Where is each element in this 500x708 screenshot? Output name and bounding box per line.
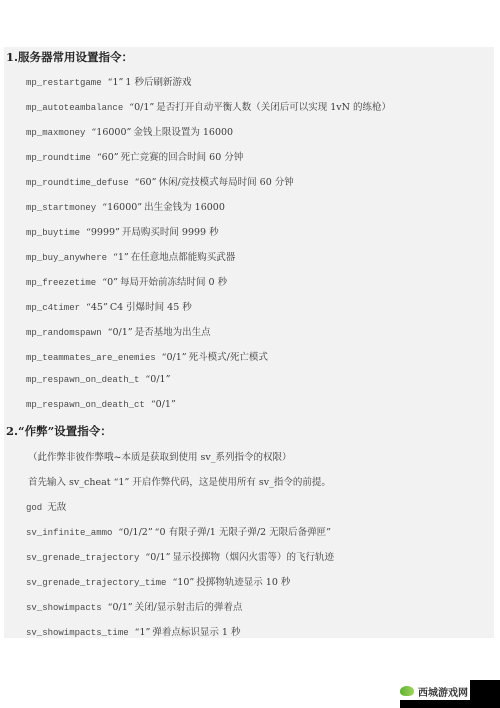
command-line: sv_grenade_trajectory_time“10”投掷物轨迹显示 10…	[26, 574, 290, 588]
command-line: mp_c4timer“45”C4 引爆时间 45 秒	[26, 299, 192, 313]
command-description: 弹着点标识显示 1 秒	[152, 627, 240, 638]
command-value: “45”	[86, 302, 108, 313]
command-description: 关闭/显示射击后的弹着点	[135, 602, 243, 613]
command-value: “9999”	[86, 227, 120, 238]
command-description: 金钱上限设置为 16000	[133, 127, 233, 138]
command-value: “0/1”	[129, 102, 154, 113]
command-value: “16000”	[102, 202, 142, 213]
document-body: 1.服务器常用设置指令： mp_restartgame“1”1 秒后刷新游戏 m…	[4, 47, 494, 638]
note-text: （此作弊非彼作弊哦~本质是获取到使用 sv_系列指令的权限）	[28, 452, 291, 463]
command-value: “0/1”	[151, 399, 176, 410]
note-line: （此作弊非彼作弊哦~本质是获取到使用 sv_系列指令的权限）	[26, 449, 291, 463]
command-line: mp_buytime“9999”开局购买时间 9999 秒	[26, 224, 219, 238]
watermark-logo: 西城游戏网	[400, 682, 470, 700]
command-line: god无敌	[26, 499, 66, 513]
command-line: mp_buy_anywhere“1”在任意地点都能购买武器	[26, 249, 235, 263]
note-text: 首先输入 sv_cheat “1” 开启作弊代码，这是使用所有 sv_指令的前提…	[28, 477, 331, 488]
command-name: mp_respawn_on_death_t	[26, 375, 139, 385]
command-name: mp_startmoney	[26, 203, 96, 213]
command-description: 1 秒后刷新游戏	[125, 77, 191, 88]
watermark-text: 西城游戏网	[418, 684, 468, 699]
command-description: 死亡竞赛的回合时间 60 分钟	[121, 152, 244, 163]
command-description: 死斗模式/死亡模式	[189, 352, 268, 363]
command-value: “60”	[97, 152, 119, 163]
command-value: “1”	[108, 77, 124, 88]
command-line: mp_teammates_are_enemies“0/1”死斗模式/死亡模式	[26, 349, 268, 363]
command-name: mp_buytime	[26, 228, 80, 238]
watermark-background	[470, 680, 500, 708]
command-value: “0/1”	[162, 352, 187, 363]
leaf-logo-icon	[400, 686, 414, 696]
command-description: 显示投掷物（烟闪火雷等）的飞行轨迹	[172, 552, 334, 563]
command-value: “0”	[102, 277, 118, 288]
watermark-underbar	[400, 700, 470, 708]
command-value: “16000”	[91, 127, 131, 138]
command-name: mp_roundtime_defuse	[26, 178, 129, 188]
command-name: mp_freezetime	[26, 278, 96, 288]
command-line: mp_respawn_on_death_ct“0/1”	[26, 399, 178, 410]
command-line: mp_restartgame“1”1 秒后刷新游戏	[26, 74, 191, 88]
command-name: mp_buy_anywhere	[26, 253, 107, 263]
command-line: mp_maxmoney“16000”金钱上限设置为 16000	[26, 124, 233, 138]
command-value: “0/1”	[145, 552, 170, 563]
command-name: mp_maxmoney	[26, 128, 85, 138]
command-value: “10”	[172, 577, 194, 588]
command-description: “0 有限子弹/1 无限子弹/2 无限后备弹匣”	[155, 527, 331, 538]
command-value: “0/1/2”	[118, 527, 152, 538]
command-line: sv_infinite_ammo“0/1/2”“0 有限子弹/1 无限子弹/2 …	[26, 524, 331, 538]
command-description: 是否基地为出生点	[135, 327, 211, 338]
command-name: mp_respawn_on_death_ct	[26, 400, 145, 410]
command-line: sv_grenade_trajectory“0/1”显示投掷物（烟闪火雷等）的飞…	[26, 549, 334, 563]
command-line: mp_autoteambalance“0/1”是否打开自动平衡人数（关闭后可以实…	[26, 99, 391, 113]
command-description: C4 引爆时间 45 秒	[110, 302, 192, 313]
command-name: sv_showimpacts_time	[26, 628, 129, 638]
command-name: god	[26, 503, 42, 513]
command-description: 是否打开自动平衡人数（关闭后可以实现 1vN 的练枪）	[156, 102, 391, 113]
section-heading: 1.服务器常用设置指令：	[6, 49, 133, 65]
command-value: “60”	[135, 177, 157, 188]
command-value: “1”	[135, 627, 151, 638]
command-name: mp_c4timer	[26, 303, 80, 313]
command-name: mp_restartgame	[26, 78, 102, 88]
command-line: mp_roundtime_defuse“60”休闲/竞技模式每局时间 60 分钟	[26, 174, 294, 188]
command-name: mp_teammates_are_enemies	[26, 353, 156, 363]
command-line: mp_roundtime“60”死亡竞赛的回合时间 60 分钟	[26, 149, 243, 163]
command-name: sv_grenade_trajectory_time	[26, 578, 166, 588]
command-description: 开局购买时间 9999 秒	[122, 227, 219, 238]
command-value: “0/1”	[145, 374, 170, 385]
command-description: 休闲/竞技模式每局时间 60 分钟	[158, 177, 293, 188]
command-name: sv_showimpacts	[26, 603, 102, 613]
note-line: 首先输入 sv_cheat “1” 开启作弊代码，这是使用所有 sv_指令的前提…	[26, 474, 331, 488]
command-description: 出生金钱为 16000	[144, 202, 225, 213]
command-description: 无敌	[47, 502, 66, 513]
command-name: mp_roundtime	[26, 153, 91, 163]
section-heading: 2.“作弊”设置指令：	[6, 423, 112, 439]
command-description: 在任意地点都能购买武器	[131, 252, 236, 263]
command-name: sv_grenade_trajectory	[26, 553, 139, 563]
command-description: 每局开始前冻结时间 0 秒	[120, 277, 227, 288]
command-description: 投掷物轨迹显示 10 秒	[196, 577, 290, 588]
command-line: mp_respawn_on_death_t“0/1”	[26, 374, 172, 385]
command-name: sv_infinite_ammo	[26, 528, 112, 538]
command-name: mp_randomspawn	[26, 328, 102, 338]
command-value: “0/1”	[108, 327, 133, 338]
command-line: mp_startmoney“16000”出生金钱为 16000	[26, 199, 225, 213]
command-line: mp_randomspawn“0/1”是否基地为出生点	[26, 324, 211, 338]
command-line: sv_showimpacts“0/1”关闭/显示射击后的弹着点	[26, 599, 242, 613]
command-line: mp_freezetime“0”每局开始前冻结时间 0 秒	[26, 274, 227, 288]
command-value: “1”	[113, 252, 129, 263]
command-line: sv_showimpacts_time“1”弹着点标识显示 1 秒	[26, 624, 240, 638]
command-value: “0/1”	[108, 602, 133, 613]
command-name: mp_autoteambalance	[26, 103, 123, 113]
